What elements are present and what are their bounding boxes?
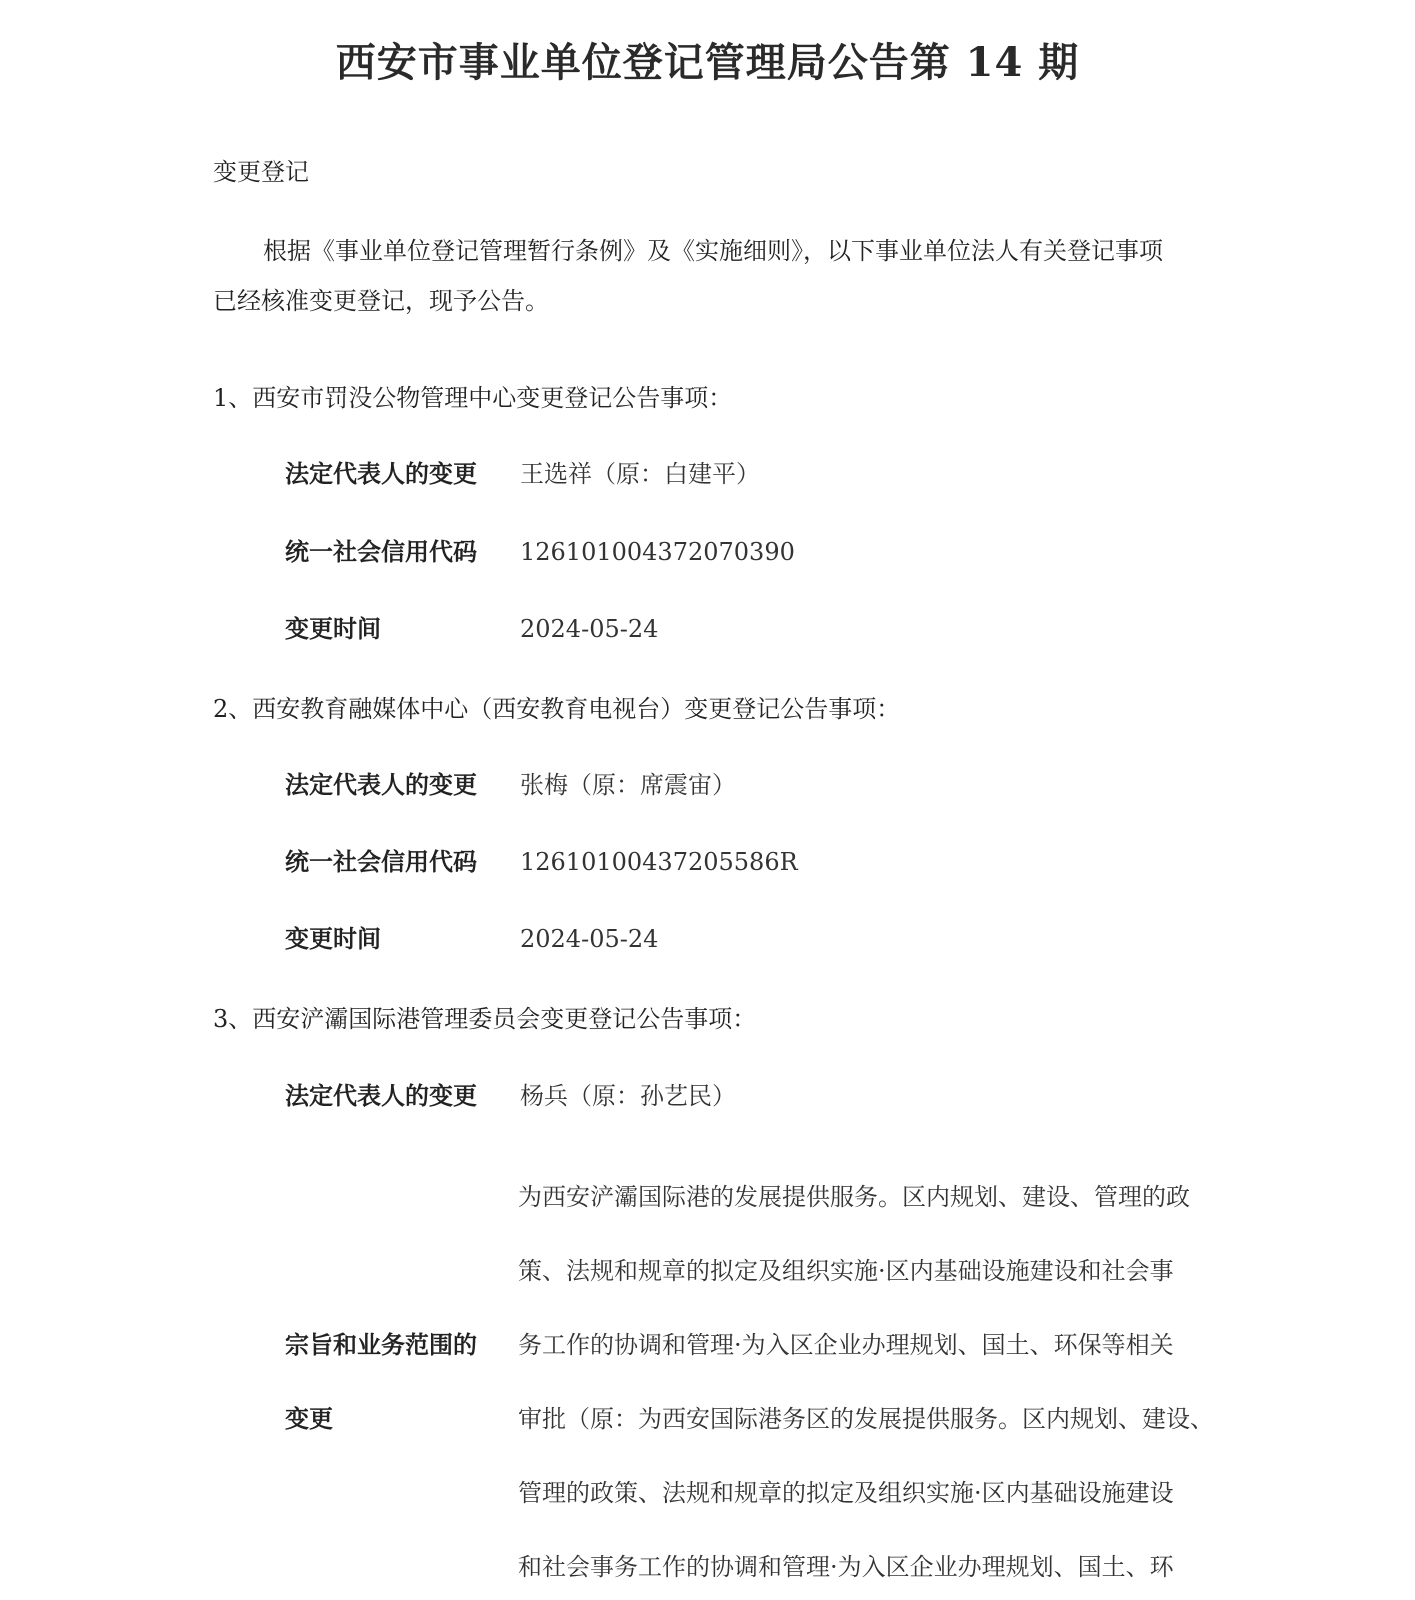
intro-paragraph: 根据《事业单位登记管理暂行条例》及《实施细则》，以下事业单位法人有关登记事项 已… bbox=[213, 226, 1203, 326]
field-value: 2024-05-24 bbox=[520, 612, 658, 646]
field-label: 统一社会信用代码 bbox=[285, 845, 515, 879]
field-label: 变更时间 bbox=[285, 922, 515, 956]
section-label: 变更登记 bbox=[213, 155, 309, 189]
field-label: 变更时间 bbox=[285, 612, 515, 646]
field-value: 12610100437205586R bbox=[520, 845, 798, 879]
scope-value-line: 策、法规和规章的拟定及组织实施·区内基础设施建设和社会事 bbox=[518, 1234, 1206, 1308]
item-heading-2: 2、西安教育融媒体中心（西安教育电视台）变更登记公告事项： bbox=[213, 692, 900, 726]
intro-line-1: 根据《事业单位登记管理暂行条例》及《实施细则》，以下事业单位法人有关登记事项 bbox=[263, 237, 1163, 265]
page-title: 西安市事业单位登记管理局公告第 14 期 bbox=[0, 35, 1415, 91]
scope-value-line: 和社会事务工作的协调和管理·为入区企业办理规划、国土、环 bbox=[518, 1530, 1206, 1600]
scope-value-line: 务工作的协调和管理·为入区企业办理规划、国土、环保等相关 bbox=[518, 1308, 1206, 1382]
field-label: 法定代表人的变更 bbox=[285, 457, 515, 491]
field-value: 王选祥（原：白建平） bbox=[520, 457, 760, 491]
scope-label-line-1: 宗旨和业务范围的 bbox=[285, 1330, 477, 1359]
scope-change-value: 为西安浐灞国际港的发展提供服务。区内规划、建设、管理的政 策、法规和规章的拟定及… bbox=[518, 1160, 1206, 1600]
field-value: 126101004372070390 bbox=[520, 535, 795, 569]
scope-change-label: 宗旨和业务范围的 变更 bbox=[285, 1308, 500, 1456]
field-label: 法定代表人的变更 bbox=[285, 768, 515, 802]
intro-line-2: 已经核准变更登记，现予公告。 bbox=[213, 287, 549, 315]
scope-label-line-2: 变更 bbox=[285, 1404, 333, 1433]
field-label: 统一社会信用代码 bbox=[285, 535, 515, 569]
field-value: 2024-05-24 bbox=[520, 922, 658, 956]
item-heading-1: 1、西安市罚没公物管理中心变更登记公告事项： bbox=[213, 381, 732, 415]
scope-value-line: 审批（原：为西安国际港务区的发展提供服务。区内规划、建设、 bbox=[518, 1382, 1206, 1456]
field-value: 杨兵（原：孙艺民） bbox=[520, 1079, 736, 1113]
scope-value-line: 为西安浐灞国际港的发展提供服务。区内规划、建设、管理的政 bbox=[518, 1160, 1206, 1234]
item-heading-3: 3、西安浐灞国际港管理委员会变更登记公告事项： bbox=[213, 1002, 756, 1036]
field-value: 张梅（原：席震宙） bbox=[520, 768, 736, 802]
field-label: 法定代表人的变更 bbox=[285, 1079, 515, 1113]
scope-value-line: 管理的政策、法规和规章的拟定及组织实施·区内基础设施建设 bbox=[518, 1456, 1206, 1530]
